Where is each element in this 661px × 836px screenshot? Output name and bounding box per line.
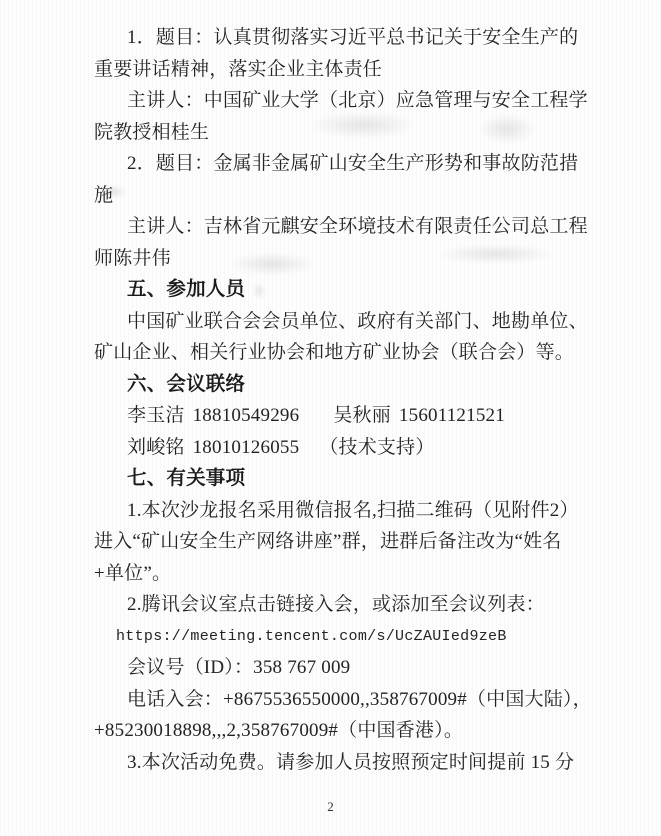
lecture1-title-line2: 重要讲话精神，落实企业主体责任 [94,54,594,86]
contact-row-2: 刘峻铭18010126055（技术支持） [94,432,594,464]
lecture1-speaker-line2: 院教授相桂生 [94,117,594,149]
page-number: 2 [0,799,661,815]
matters-item1-line3: +单位”。 [94,558,594,590]
contact-name-2: 吴秋丽 [333,405,391,426]
lecture2-title-line2: 施 [94,180,594,212]
matters-item3-line1: 3.本次活动免费。请参加人员按照预定时间提前 15 分 [94,747,594,779]
matters-item2-line1: 2.腾讯会议室点击链接入会，或添加至会议列表： [94,589,594,621]
contact-phone-2: 15601121521 [399,405,505,426]
dial-in-line1: 电话入会：+8675536550000,,358767009#（中国大陆）， [94,684,594,716]
contact-name-1: 李玉洁 [127,405,185,426]
matters-item1-line2: 进入“矿山安全生产网络讲座”群，进群后备注改为“姓名 [94,526,594,558]
dial-in-line2: +85230018898,,,2,358767009#（中国香港）。 [94,715,594,747]
section-heading-matters: 七、有关事项 [94,463,594,495]
lecture1-speaker-line1: 主讲人：中国矿业大学（北京）应急管理与安全工程学 [94,85,594,117]
document-body: 1．题目：认真贯彻落实习近平总书记关于安全生产的 重要讲话精神，落实企业主体责任… [94,22,594,778]
contact-name-3: 刘峻铭 [127,437,185,458]
meeting-id: 会议号（ID）：358 767 009 [94,652,594,684]
matters-item1-line1: 1.本次沙龙报名采用微信报名,扫描二维码（见附件2） [94,495,594,527]
lecture2-speaker-line1: 主讲人：吉林省元麒安全环境技术有限责任公司总工程 [94,211,594,243]
contact-note: （技术支持） [319,437,434,458]
contact-phone-3: 18010126055 [193,437,300,458]
section-heading-contacts: 六、会议联络 [94,369,594,401]
contact-row-1: 李玉洁18810549296吴秋丽15601121521 [94,400,594,432]
lecture1-title-line1: 1．题目：认真贯彻落实习近平总书记关于安全生产的 [94,22,594,54]
participants-body-line1: 中国矿业联合会会员单位、政府有关部门、地勘单位、 [94,306,594,338]
section-heading-participants: 五、参加人员 [94,274,594,306]
scanned-document-page: 1．题目：认真贯彻落实习近平总书记关于安全生产的 重要讲话精神，落实企业主体责任… [0,0,661,836]
lecture2-title-line1: 2．题目：金属非金属矿山安全生产形势和事故防范措 [94,148,594,180]
meeting-url: https://meeting.tencent.com/s/UcZAUIed9z… [94,621,594,653]
participants-body-line2: 矿山企业、相关行业协会和地方矿业协会（联合会）等。 [94,337,594,369]
lecture2-speaker-line2: 师陈井伟 [94,243,594,275]
contact-phone-1: 18810549296 [193,405,300,426]
